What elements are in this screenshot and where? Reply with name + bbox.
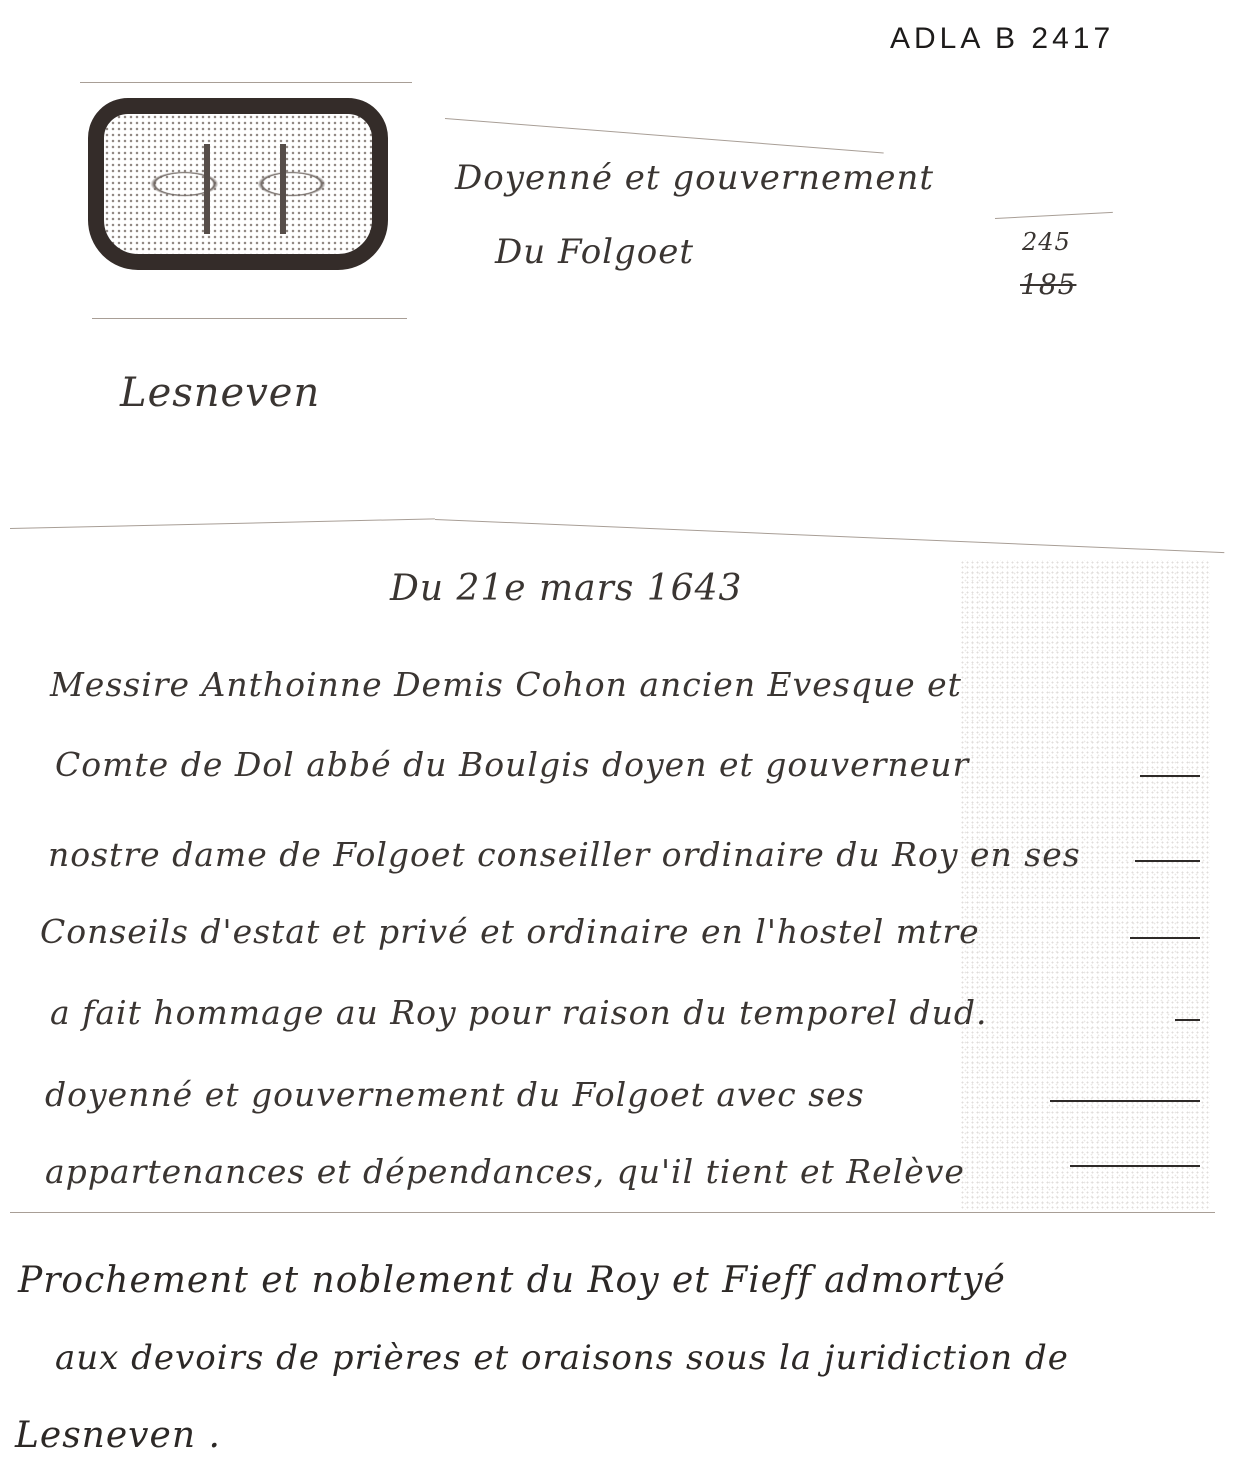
line-filler bbox=[1135, 860, 1200, 862]
line-filler bbox=[1130, 937, 1200, 939]
continuation-line-3: Lesneven . bbox=[15, 1415, 221, 1456]
cut-edge bbox=[80, 82, 412, 83]
folio-number-struck: 185 bbox=[1020, 268, 1076, 301]
cut-edge bbox=[445, 118, 884, 154]
document-title-line-2: Du Folgoet bbox=[495, 232, 694, 272]
archive-reference: ADLA B 2417 bbox=[890, 22, 1114, 56]
ornamental-seal-icon bbox=[88, 98, 388, 270]
cut-edge bbox=[435, 519, 1224, 553]
continuation-line-1: Prochement et noblement du Roy et Fieff … bbox=[18, 1260, 1006, 1301]
continuation-line-2: aux devoirs de prières et oraisons sous … bbox=[55, 1338, 1069, 1378]
body-line-5: a fait hommage au Roy pour raison du tem… bbox=[50, 993, 988, 1032]
cut-edge bbox=[10, 518, 435, 529]
cut-edge bbox=[995, 212, 1113, 219]
cut-edge bbox=[10, 1212, 1215, 1213]
body-line-7: appartenances et dépendances, qu'il tien… bbox=[45, 1152, 965, 1191]
body-line-6: doyenné et gouvernement du Folgoet avec … bbox=[45, 1075, 865, 1114]
place-name: Lesneven bbox=[120, 370, 320, 416]
body-line-4: Conseils d'estat et privé et ordinaire e… bbox=[40, 912, 980, 951]
folio-number: 245 bbox=[1022, 228, 1071, 256]
date-line: Du 21e mars 1643 bbox=[390, 568, 742, 609]
body-line-2: Comte de Dol abbé du Boulgis doyen et go… bbox=[55, 745, 969, 784]
line-filler bbox=[1050, 1100, 1200, 1102]
body-line-3: nostre dame de Folgoet conseiller ordina… bbox=[48, 835, 1081, 874]
line-filler bbox=[1140, 775, 1200, 777]
seal-center-ornament bbox=[204, 144, 286, 234]
document-title-line-1: Doyenné et gouvernement bbox=[455, 158, 934, 198]
scan-shading bbox=[960, 560, 1210, 1210]
line-filler bbox=[1070, 1165, 1200, 1167]
body-line-1: Messire Anthoinne Demis Cohon ancien Eve… bbox=[50, 665, 962, 704]
line-filler bbox=[1175, 1019, 1200, 1021]
cut-edge bbox=[92, 318, 407, 319]
